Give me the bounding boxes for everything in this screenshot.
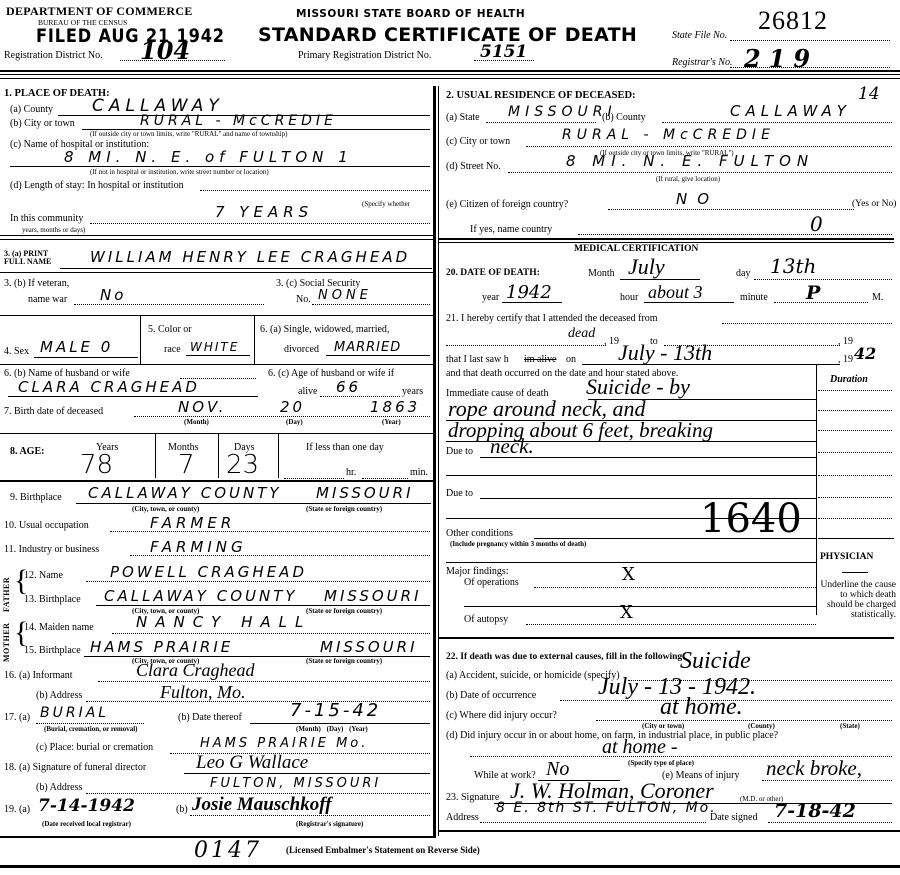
other-conditions-hint: (Include pregnancy within 3 months of de… <box>450 540 586 548</box>
death-day-label: day <box>736 268 750 279</box>
veteran-value: No <box>100 286 126 304</box>
birth-year-hint: (Year) <box>382 418 401 426</box>
specify-hint: (Specify whether <box>362 200 410 208</box>
death-county-label: (a) County <box>10 104 53 115</box>
funeral-address-value: FULTON, MISSOURI <box>210 776 381 791</box>
informant-address-value: Fulton, Mo. <box>160 682 246 703</box>
residence-street-value: 8 MI. N. E. FULTON <box>566 152 814 170</box>
signature-label: 23. Signature <box>446 792 499 803</box>
age-label: 8. AGE: <box>10 446 44 457</box>
death-minute-label: minute <box>740 292 768 303</box>
date-of-death-label: 20. DATE OF DEATH: <box>446 268 540 278</box>
birthplace-city-hint: (City, town, or county) <box>132 505 199 513</box>
burial-label: 17. (a) <box>4 712 30 723</box>
birthplace-city-value: CALLAWAY COUNTY <box>88 484 282 502</box>
birth-month-hint: (Month) <box>184 418 209 426</box>
birth-day-hint: (Day) <box>286 418 303 426</box>
burial-date-label: (b) Date thereof <box>178 712 242 723</box>
father-state-hint: (State or foreign country) <box>306 607 382 615</box>
registration-district-value: 104 <box>140 36 190 65</box>
foreign-country-label: If yes, name country <box>470 224 552 235</box>
medical-cert-heading: MEDICAL CERTIFICATION <box>574 244 698 254</box>
last-saw-year-value: 42 <box>854 344 876 363</box>
means-of-injury-value: neck broke, <box>766 756 862 781</box>
registrars-no-label: Registrar's No. <box>672 57 732 68</box>
marital-divorced-label: divorced <box>284 344 319 355</box>
embalmer-number: 0147 <box>194 838 262 863</box>
marital-status-value: MARRIED <box>334 340 401 355</box>
industry-label: 11. Industry or business <box>4 544 99 555</box>
age-years-value: 78 <box>80 450 113 480</box>
residence-state-label: (a) State <box>446 112 480 123</box>
filed-stamp: FILED AUG 21 1942 <box>36 25 225 47</box>
other-conditions-label: Other conditions <box>446 528 513 539</box>
race-value: WHITE <box>190 340 239 354</box>
burial-type-hint: (Burial, cremation, or removal) <box>44 725 138 733</box>
community-hint: years, months or days) <box>22 226 85 234</box>
burial-place-label: (c) Place: burial or cremation <box>36 742 153 753</box>
mother-side-label: MOTHER <box>2 618 11 662</box>
from-year-label: , 19 <box>604 336 619 347</box>
occurrence-date-label: (b) Date of occurrence <box>446 690 536 701</box>
death-day-value: 13th <box>770 254 816 278</box>
death-month-value: July <box>628 254 665 280</box>
occupation-value: FARMER <box>150 514 235 532</box>
citizen-hint: (Yes or No) <box>852 199 896 209</box>
injury-location-label: (c) Where did injury occur? <box>446 710 557 721</box>
hr-label: hr. <box>346 467 356 478</box>
embalmer-note: (Licensed Embalmer's Statement on Revers… <box>286 845 480 855</box>
due-to-1-value: neck. <box>490 434 534 459</box>
to-year-label: , 19 <box>838 336 853 347</box>
registration-district-label: Registration District No. <box>4 50 103 61</box>
where-state-hint: (State) <box>840 722 860 730</box>
death-minute-value: P <box>806 282 820 304</box>
place-type-hint: (Specify type of place) <box>628 759 694 767</box>
spouse-alive-label: alive <box>298 386 317 397</box>
residence-street-label: (d) Street No. <box>446 161 501 172</box>
certify-label: 21. I hereby certify that I attended the… <box>446 313 658 324</box>
funeral-director-value: Leo G Wallace <box>196 752 308 774</box>
registrar-signature-label: (b) <box>176 804 188 815</box>
less-than-day-label: If less than one day <box>306 442 384 453</box>
spouse-name-value: CLARA CRAGHEAD <box>18 378 200 396</box>
external-type-label: (a) Accident, suicide, or homicide (spec… <box>446 670 620 681</box>
burial-type-value: BURIAL <box>40 705 109 721</box>
length-of-stay-label: (d) Length of stay: In hospital or insti… <box>10 180 184 191</box>
sex-value: MALE 0 <box>40 338 113 356</box>
mother-maiden-name-value: NANCY HALL <box>136 613 311 631</box>
residence-street-hint: (If rural, give location) <box>656 175 720 183</box>
cause-line-3: dropping about 6 feet, breaking <box>448 418 713 443</box>
mother-birthplace-state-value: MISSOURI <box>320 638 418 656</box>
autopsy-label: Of autopsy <box>464 614 508 625</box>
community-value: 7 YEARS <box>215 203 313 221</box>
physician-address-value: 8 E. 8th ST. FULTON, Mo. <box>496 800 717 816</box>
last-saw-value: July - 13th <box>618 340 712 366</box>
death-hour-label: hour <box>620 292 638 303</box>
death-city-value: RURAL - McCREDIE <box>140 113 337 129</box>
death-year-value: 1942 <box>506 282 552 303</box>
age-months-value: 7 <box>178 450 195 480</box>
community-label: In this community <box>10 213 83 224</box>
burial-date-value: 7-15-42 <box>290 700 381 721</box>
funeral-director-label: 18. (a) Signature of funeral director <box>4 762 146 773</box>
full-name-label: 3. (a) PRINT FULL NAME <box>4 250 51 266</box>
death-m-label: M. <box>872 292 883 303</box>
foreign-country-value: 0 <box>810 212 823 236</box>
certificate-title: STANDARD CERTIFICATE OF DEATH <box>258 24 637 46</box>
birth-date-label: 7. Birth date of deceased <box>4 406 103 417</box>
last-saw-on-label: on <box>566 354 576 365</box>
birthplace-state-hint: (State or foreign country) <box>306 505 382 513</box>
duration-label: Duration <box>830 374 868 385</box>
death-city-label: (b) City or town <box>10 118 75 129</box>
last-saw-year-label: , 19 <box>838 354 853 365</box>
received-date-label: 19. (a) <box>4 804 30 815</box>
operations-value: X <box>622 564 635 585</box>
spouse-age-label: 6. (c) Age of husband or wife if <box>268 368 394 379</box>
date-signed-value: 7-18-42 <box>774 800 856 822</box>
registrar-signature-hint: (Registrar's signature) <box>296 820 363 828</box>
race-label-2: race <box>164 344 181 355</box>
state-file-label: State File No. <box>672 30 727 41</box>
race-label: 5. Color or <box>148 324 192 335</box>
spouse-age-unit: years <box>402 386 423 397</box>
residence-corner-mark: 14 <box>858 84 880 104</box>
board-label: MISSOURI STATE BOARD OF HEALTH <box>296 8 525 20</box>
full-name-value: WILLIAM HENRY LEE CRAGHEAD <box>90 248 410 266</box>
residence-county-value: CALLAWAY <box>730 102 851 120</box>
burial-place-value: HAMS PRAIRIE Mo. <box>200 736 368 751</box>
physician-note: Underline the cause to which death shoul… <box>818 580 896 620</box>
residence-city-label: (c) City or town <box>446 136 510 147</box>
citizen-value: NO <box>676 190 719 208</box>
funeral-address-label: (b) Address <box>36 782 82 793</box>
veteran-label: 3. (b) If veteran, <box>4 278 69 289</box>
father-name-value: POWELL CRAGHEAD <box>110 563 307 581</box>
residence-county-label: (b) County <box>602 112 646 123</box>
death-year-label: year <box>482 292 499 303</box>
father-side-label: FATHER <box>2 568 11 612</box>
industry-value: FARMING <box>150 538 247 556</box>
birth-day-value: 20 <box>280 398 305 416</box>
primary-district-label: Primary Registration District No. <box>298 50 431 61</box>
dead-note: dead <box>568 326 595 342</box>
department-label: DEPARTMENT OF COMMERCE <box>6 4 193 19</box>
death-hour-value: about 3 <box>648 282 703 303</box>
cause-code: 1640 <box>700 496 802 542</box>
birthplace-label: 9. Birthplace <box>10 492 62 503</box>
social-security-value: NONE <box>318 288 372 303</box>
residence-state-value: MISSOURI <box>508 104 617 120</box>
last-saw-label: that I last saw h <box>446 354 509 365</box>
birth-year-value: 1863 <box>370 398 420 416</box>
birthplace-state-value: MISSOURI <box>316 484 414 502</box>
received-date-hint: (Date received local registrar) <box>42 820 131 828</box>
injury-location-value: at home. <box>660 694 743 721</box>
death-month-label: Month <box>588 268 615 279</box>
registrar-signature-value: Josie Mauschkoff <box>192 794 332 816</box>
mother-maiden-name-label: 14. Maiden name <box>24 622 94 633</box>
where-county-hint: (County) <box>748 722 775 730</box>
citizen-label: (e) Citizen of foreign country? <box>446 199 568 210</box>
last-saw-struck: im alive <box>524 354 557 365</box>
father-birthplace-label: 13. Birthplace <box>24 594 81 605</box>
residence-heading: 2. USUAL RESIDENCE OF DECEASED: <box>446 90 636 101</box>
mother-state-hint: (State or foreign country) <box>306 657 382 665</box>
marital-status-label: 6. (a) Single, widowed, married, <box>260 324 389 335</box>
external-type-value: Suicide <box>680 648 751 675</box>
place-type-value: at home - <box>602 736 678 759</box>
hospital-hint: (If not in hospital or institution, writ… <box>90 168 269 176</box>
due-to-1-label: Due to <box>446 446 473 457</box>
age-days-value: 23 <box>226 450 259 480</box>
physician-address-label: Address <box>446 812 479 823</box>
sex-label: 4. Sex <box>4 346 29 357</box>
veteran-war-label: name war <box>28 294 67 305</box>
occupation-label: 10. Usual occupation <box>4 520 89 531</box>
state-file-value: 26812 <box>758 6 828 36</box>
father-name-label: 12. Name <box>24 570 63 581</box>
informant-address-label: (b) Address <box>36 690 82 701</box>
mother-birthplace-label: 15. Birthplace <box>24 645 81 656</box>
where-city-hint: (City or town) <box>642 722 684 730</box>
physician-label: PHYSICIAN <box>820 552 873 562</box>
informant-value: Clara Craghead <box>136 660 255 681</box>
hospital-value: 8 MI. N. E. of FULTON 1 <box>64 148 353 166</box>
operations-label: Of operations <box>464 577 519 588</box>
min-label: min. <box>410 467 428 478</box>
social-security-no-label: No. <box>296 294 311 305</box>
primary-district-value: 5151 <box>480 42 527 62</box>
spouse-age-value: 66 <box>336 378 361 396</box>
father-birthplace-city-value: CALLAWAY COUNTY <box>104 587 298 605</box>
death-city-hint: (If outside city or town limits, write "… <box>90 130 287 138</box>
birth-month-value: NOV. <box>178 398 226 416</box>
received-date-value: 7-14-1942 <box>38 796 135 816</box>
date-signed-label: Date signed <box>710 812 758 823</box>
mother-birthplace-city-value: HAMS PRAIRIE <box>90 638 233 656</box>
major-findings-label: Major findings: <box>446 566 509 577</box>
external-causes-heading: 22. If death was due to external causes,… <box>446 652 685 662</box>
informant-label: 16. (a) Informant <box>4 670 73 681</box>
residence-city-value: RURAL - McCREDIE <box>562 127 775 143</box>
due-to-2-label: Due to <box>446 488 473 499</box>
autopsy-value: X <box>620 602 633 623</box>
registrars-no-value: 219 <box>744 44 818 73</box>
burial-date-hint: (Month) (Day) (Year) <box>296 725 368 733</box>
father-birthplace-state-value: MISSOURI <box>324 587 422 605</box>
